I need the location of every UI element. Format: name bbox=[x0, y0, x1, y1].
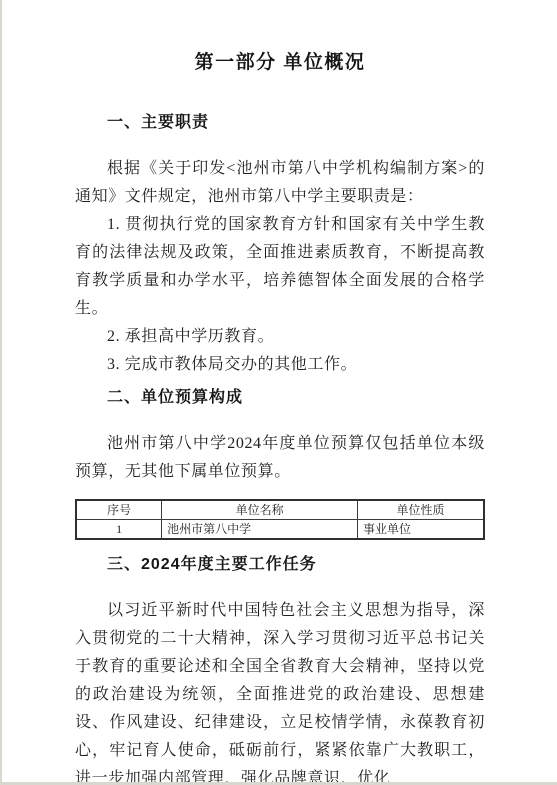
section-1-paragraph-2: 1. 贯彻执行党的国家教育方针和国家有关中学生教育的法律法规及政策，全面推进素质… bbox=[75, 211, 485, 323]
table-row: 1 池州市第八中学 事业单位 bbox=[76, 520, 484, 540]
column-header-unit-name: 单位名称 bbox=[162, 500, 358, 520]
section-2-paragraph-1: 池州市第八中学2024年度单位预算仅包括单位本级预算，无其他下属单位预算。 bbox=[75, 430, 485, 486]
column-header-serial: 序号 bbox=[76, 500, 162, 520]
section-1-paragraph-1: 根据《关于印发<池州市第八中学机构编制方案>的通知》文件规定，池州市第八中学主要… bbox=[75, 155, 485, 211]
column-header-unit-type: 单位性质 bbox=[358, 500, 485, 520]
section-1-paragraph-4: 3. 完成市教体局交办的其他工作。 bbox=[75, 351, 485, 379]
document-page: 第一部分 单位概况 一、主要职责 根据《关于印发<池州市第八中学机构编制方案>的… bbox=[0, 0, 557, 785]
cell-unit-type: 事业单位 bbox=[358, 520, 485, 540]
section-1-heading: 一、主要职责 bbox=[75, 112, 485, 134]
section-2-heading: 二、单位预算构成 bbox=[75, 387, 485, 409]
cell-unit-name: 池州市第八中学 bbox=[162, 520, 358, 540]
page-title: 第一部分 单位概况 bbox=[75, 50, 485, 76]
unit-composition-table: 序号 单位名称 单位性质 1 池州市第八中学 事业单位 bbox=[75, 499, 485, 540]
section-3-paragraph-1: 以习近平新时代中国特色社会主义思想为指导，深入贯彻党的二十大精神，深入学习贯彻习… bbox=[75, 597, 485, 785]
unit-table-body: 1 池州市第八中学 事业单位 bbox=[76, 520, 484, 540]
section-1-paragraph-3: 2. 承担高中学历教育。 bbox=[75, 323, 485, 351]
unit-table-header: 序号 单位名称 单位性质 bbox=[76, 500, 484, 520]
cell-serial: 1 bbox=[76, 520, 162, 540]
section-3-heading: 三、2024年度主要工作任务 bbox=[75, 554, 485, 576]
table-header-row: 序号 单位名称 单位性质 bbox=[76, 500, 484, 520]
